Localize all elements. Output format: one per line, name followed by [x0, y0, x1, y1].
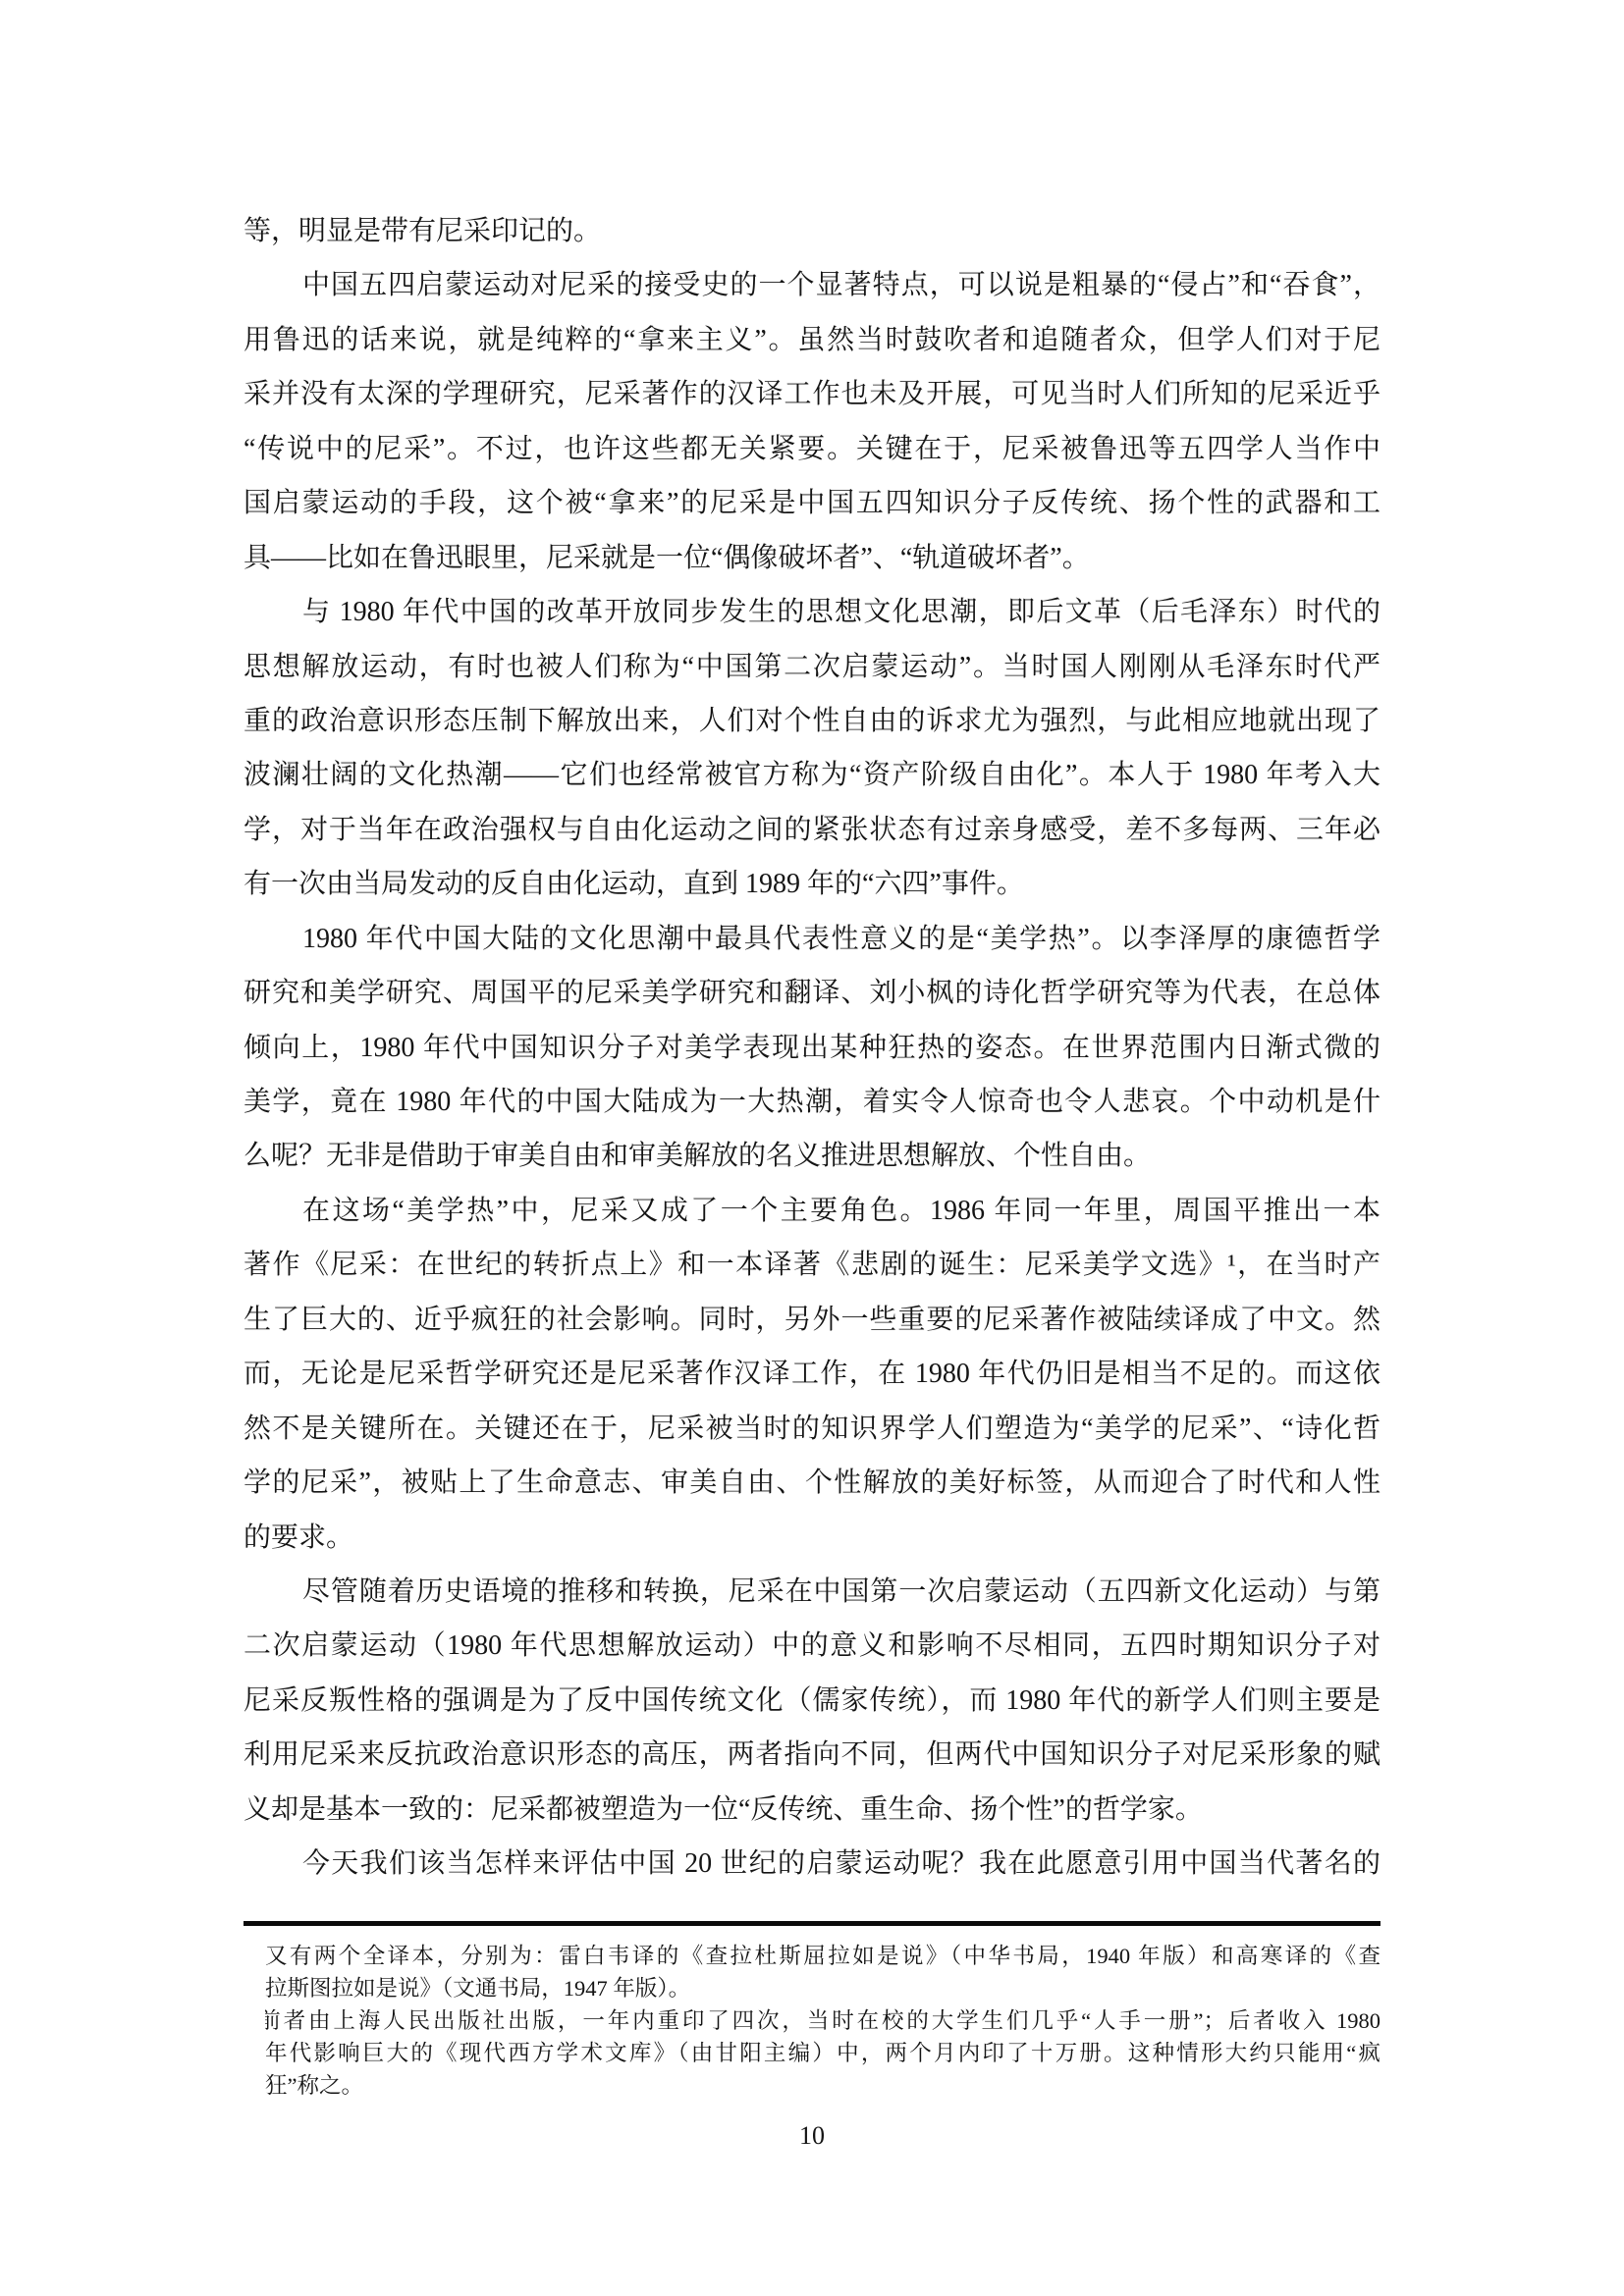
body-line: 学，对于当年在政治强权与自由化运动之间的紧张状态有过亲身感受，差不多每两、三年必 [244, 803, 1380, 857]
body-line: 倾向上，1980 年代中国知识分子对美学表现出某种狂热的姿态。在世界范围内日渐式… [244, 1021, 1380, 1075]
body-line: 而，无论是尼采哲学研究还是尼采著作汉译工作，在 1980 年代仍旧是相当不足的。… [244, 1347, 1380, 1401]
body-line: 美学，竟在 1980 年代的中国大陆成为一大热潮，着实令人惊奇也令人悲哀。个中动… [244, 1075, 1380, 1129]
body-line: 的要求。 [244, 1511, 1380, 1565]
body-text: 等，明显是带有尼采印记的。 中国五四启蒙运动对尼采的接受史的一个显著特点，可以说… [244, 204, 1380, 1892]
body-line: 利用尼采来反抗政治意识形态的高压，两者指向不同，但两代中国知识分子对尼采形象的赋 [244, 1728, 1380, 1782]
body-line: 用鲁迅的话来说，就是纯粹的“拿来主义”。虽然当时鼓吹者和追随者众，但学人们对于尼 [244, 313, 1380, 367]
body-line: 义却是基本一致的：尼采都被塑造为一位“反传统、重生命、扬个性”的哲学家。 [244, 1783, 1380, 1837]
body-line: 学的尼采”，被贴上了生命意志、审美自由、个性解放的美好标签，从而迎合了时代和人性 [244, 1456, 1380, 1510]
body-line: 在这场“美学热”中，尼采又成了一个主要角色。1986 年同一年里，周国平推出一本 [244, 1184, 1380, 1238]
footnote-line: 狂”称之。 [265, 2069, 1380, 2102]
footnote-line: ¹ 前者由上海人民出版社出版，一年内重印了四次，当时在校的大学生们几乎“人手一册… [265, 2004, 1380, 2037]
body-line: 然不是关键所在。关键还在于，尼采被当时的知识界学人们塑造为“美学的尼采”、“诗化… [244, 1402, 1380, 1456]
body-line: 有一次由当局发动的反自由化运动，直到 1989 年的“六四”事件。 [244, 857, 1380, 911]
footnote-block: 又有两个全译本，分别为：雷白韦译的《查拉杜斯屈拉如是说》（中华书局，1940 年… [244, 1940, 1380, 2102]
footnote-line: 拉斯图拉如是说》（文通书局，1947 年版）。 [265, 1972, 1380, 2004]
document-page: 等，明显是带有尼采印记的。 中国五四启蒙运动对尼采的接受史的一个显著特点，可以说… [0, 0, 1624, 2296]
body-line: 1980 年代中国大陆的文化思潮中最具代表性意义的是“美学热”。以李泽厚的康德哲… [244, 912, 1380, 966]
body-line: 等，明显是带有尼采印记的。 [244, 204, 1380, 258]
body-line: 生了巨大的、近乎疯狂的社会影响。同时，另外一些重要的尼采著作被陆续译成了中文。然 [244, 1293, 1380, 1347]
body-line: 研究和美学研究、周国平的尼采美学研究和翻译、刘小枫的诗化哲学研究等为代表，在总体 [244, 966, 1380, 1020]
body-line: 么呢？无非是借助于审美自由和审美解放的名义推进思想解放、个性自由。 [244, 1129, 1380, 1183]
body-line: 著作《尼采：在世纪的转折点上》和一本译著《悲剧的诞生：尼采美学文选》¹，在当时产 [244, 1238, 1380, 1292]
body-line: 尽管随着历史语境的推移和转换，尼采在中国第一次启蒙运动（五四新文化运动）与第 [244, 1565, 1380, 1619]
body-line: 重的政治意识形态压制下解放出来，人们对个性自由的诉求尤为强烈，与此相应地就出现了 [244, 694, 1380, 748]
body-line: 中国五四启蒙运动对尼采的接受史的一个显著特点，可以说是粗暴的“侵占”和“吞食”， [244, 258, 1380, 312]
footnote-line: 年代影响巨大的《现代西方学术文库》（由甘阳主编）中，两个月内印了十万册。这种情形… [265, 2037, 1380, 2069]
body-line: 与 1980 年代中国的改革开放同步发生的思想文化思潮，即后文革（后毛泽东）时代… [244, 585, 1380, 639]
footnote-line: 又有两个全译本，分别为：雷白韦译的《查拉杜斯屈拉如是说》（中华书局，1940 年… [265, 1940, 1380, 1972]
body-line: 采并没有太深的学理研究，尼采著作的汉译工作也未及开展，可见当时人们所知的尼采近乎 [244, 367, 1380, 421]
body-line: “传说中的尼采”。不过，也许这些都无关紧要。关键在于，尼采被鲁迅等五四学人当作中 [244, 422, 1380, 476]
body-line: 思想解放运动，有时也被人们称为“中国第二次启蒙运动”。当时国人刚刚从毛泽东时代严 [244, 640, 1380, 694]
body-line: 二次启蒙运动（1980 年代思想解放运动）中的意义和影响不尽相同，五四时期知识分… [244, 1619, 1380, 1673]
body-line: 今天我们该当怎样来评估中国 20 世纪的启蒙运动呢？我在此愿意引用中国当代著名的 [244, 1837, 1380, 1891]
body-line: 具——比如在鲁迅眼里，尼采就是一位“偶像破坏者”、“轨道破坏者”。 [244, 531, 1380, 585]
body-line: 国启蒙运动的手段，这个被“拿来”的尼采是中国五四知识分子反传统、扬个性的武器和工 [244, 476, 1380, 530]
footnote-separator [244, 1921, 1380, 1926]
body-line: 波澜壮阔的文化热潮——它们也经常被官方称为“资产阶级自由化”。本人于 1980 … [244, 748, 1380, 802]
page-number: 10 [0, 2118, 1624, 2154]
body-line: 尼采反叛性格的强调是为了反中国传统文化（儒家传统），而 1980 年代的新学人们… [244, 1674, 1380, 1728]
